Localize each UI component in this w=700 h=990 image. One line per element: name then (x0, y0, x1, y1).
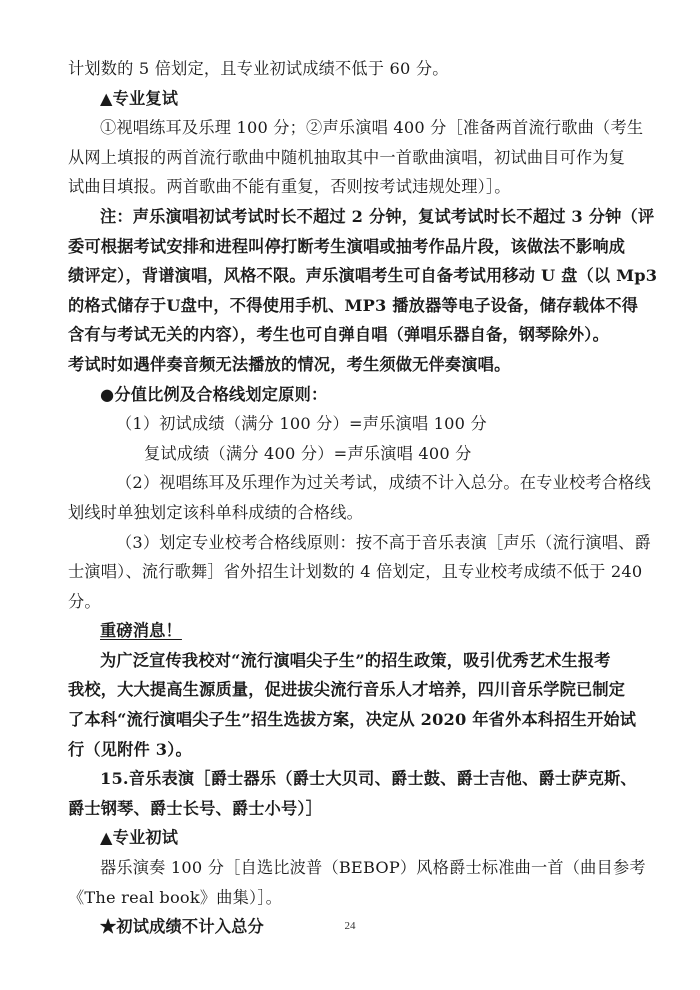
text-line: ①视唱练耳及乐理 100 分；②声乐演唱 400 分［准备两首流行歌曲（考生 (68, 113, 636, 143)
section-heading-jazz: 15.音乐表演［爵士器乐（爵士大贝司、爵士鼓、爵士吉他、爵士萨克斯、 (68, 764, 636, 794)
list-item: （3）划定专业校考合格线原则：按不高于音乐表演［声乐（流行演唱、爵 (68, 528, 636, 558)
note-paragraph: 考试时如遇伴奏音频无法播放的情况，考生须做无伴奏演唱。 (68, 350, 636, 380)
note-paragraph: 含有与考试无关的内容），考生也可自弹自唱（弹唱乐器自备，钢琴除外）。 (68, 320, 636, 350)
text-line: 计划数的 5 倍划定，且专业初试成绩不低于 60 分。 (68, 54, 636, 84)
section-heading-score-ratio: ●分值比例及合格线划定原则： (68, 380, 636, 410)
text-line: 分。 (68, 587, 636, 617)
note-paragraph: 的格式储存于U盘中，不得使用手机、MP3 播放器等电子设备，储存载体不得 (68, 291, 636, 321)
section-heading-jazz: 爵士钢琴、爵士长号、爵士小号）］ (68, 794, 636, 824)
announcement-paragraph: 为广泛宣传我校对“流行演唱尖子生”的招生政策，吸引优秀艺术生报考 (68, 646, 636, 676)
note-paragraph: 绩评定），背谱演唱，风格不限。声乐演唱考生可自备考试用移动 U 盘（以 Mp3 (68, 261, 636, 291)
announcement-paragraph: 我校，大大提高生源质量，促进拔尖流行音乐人才培养，四川音乐学院已制定 (68, 675, 636, 705)
announcement-heading: 重磅消息！ (68, 616, 636, 646)
list-item: 复试成绩（满分 400 分）=声乐演唱 400 分 (68, 439, 636, 469)
announcement-paragraph: 了本科“流行演唱尖子生”招生选拔方案，决定从 2020 年省外本科招生开始试 (68, 705, 636, 735)
document-page: 计划数的 5 倍划定，且专业初试成绩不低于 60 分。 ▲专业复试 ①视唱练耳及… (68, 54, 636, 942)
list-item: （2）视唱练耳及乐理作为过关考试，成绩不计入总分。在专业校考合格线 (68, 468, 636, 498)
note-paragraph: 注：声乐演唱初试考试时长不超过 2 分钟，复试考试时长不超过 3 分钟（评 (68, 202, 636, 232)
announcement-title: 重磅消息！ (100, 621, 182, 640)
note-paragraph: 委可根据考试安排和进程叫停打断考生演唱或抽考作品片段，该做法不影响成 (68, 232, 636, 262)
page-number: 24 (0, 920, 700, 932)
text-line: 试曲目填报。两首歌曲不能有重复，否则按考试违规处理）］。 (68, 172, 636, 202)
section-heading-professional-retest: ▲专业复试 (68, 84, 636, 114)
announcement-paragraph: 行（见附件 3）。 (68, 735, 636, 765)
text-line: 《The real book》曲集）］。 (68, 883, 636, 913)
section-heading-prelim: ▲专业初试 (68, 823, 636, 853)
list-item: （1）初试成绩（满分 100 分）=声乐演唱 100 分 (68, 409, 636, 439)
text-line: 从网上填报的两首流行歌曲中随机抽取其中一首歌曲演唱，初试曲目可作为复 (68, 143, 636, 173)
text-line: 士演唱）、流行歌舞］省外招生计划数的 4 倍划定，且专业校考成绩不低于 240 (68, 557, 636, 587)
text-line: 划线时单独划定该科单科成绩的合格线。 (68, 498, 636, 528)
text-line: 器乐演奏 100 分［自选比波普（BEBOP）风格爵士标准曲一首（曲目参考 (68, 853, 636, 883)
